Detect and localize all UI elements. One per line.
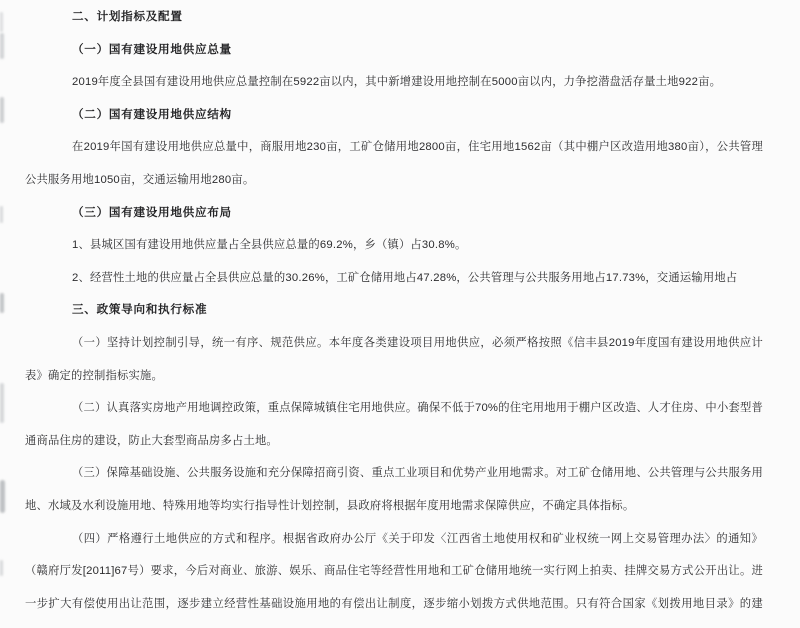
document-body: 二、计划指标及配置 （一）国有建设用地供应总量 2019年度全县国有建设用地供应… xyxy=(0,0,800,620)
para-policy3-line1: （三）保障基础设施、公共服务设施和充分保障招商引资、重点工业项目和优势产业用地需… xyxy=(25,457,763,490)
subheading-supply-structure: （二）国有建设用地供应结构 xyxy=(25,99,763,132)
para-policy1-line1: （一）坚持计划控制引导，统一有序、规范供应。本年度各类建设项目用地供应，必须严格… xyxy=(25,327,763,360)
para-supply-structure-line2: 公共服务用地1050亩，交通运输用地280亩。 xyxy=(25,164,763,197)
para-policy2-line2: 通商品住房的建设，防止大套型商品房多占土地。 xyxy=(25,425,763,458)
para-layout-item1: 1、县城区国有建设用地供应量占全县供应总量的69.2%，乡（镇）占30.8%。 xyxy=(25,229,763,262)
subheading-supply-total: （一）国有建设用地供应总量 xyxy=(25,34,763,67)
para-supply-total: 2019年度全县国有建设用地供应总量控制在5922亩以内，其中新增建设用地控制在… xyxy=(25,66,763,99)
para-policy1-line2: 表》确定的控制指标实施。 xyxy=(25,360,763,393)
subheading-supply-layout: （三）国有建设用地供应布局 xyxy=(25,197,763,230)
para-policy4-line3: 一步扩大有偿使用出让范围，逐步建立经营性基础设施用地的有偿出让制度，逐步缩小划拨… xyxy=(25,588,763,621)
para-policy3-line2: 地、水域及水利设施用地、特殊用地等均实行指导性计划控制，县政府将根据年度用地需求… xyxy=(25,490,763,523)
para-supply-structure-line1: 在2019年国有建设用地供应总量中，商服用地230亩，工矿仓储用地2800亩，住… xyxy=(25,131,763,164)
section-heading-plan-indicators: 二、计划指标及配置 xyxy=(25,1,763,34)
para-policy2-line1: （二）认真落实房地产用地调控政策，重点保障城镇住宅用地供应。确保不低于70%的住… xyxy=(25,392,763,425)
para-layout-item2: 2、经营性土地的供应量占全县供应总量的30.26%，工矿仓储用地占47.28%，… xyxy=(25,262,763,295)
section-heading-policy-standards: 三、政策导向和执行标准 xyxy=(25,294,763,327)
para-policy4-line2: （赣府厅发[2011]67号）要求，今后对商业、旅游、娱乐、商品住宅等经营性用地… xyxy=(25,555,763,588)
para-policy4-line1: （四）严格遵行土地供应的方式和程序。根据省政府办公厅《关于印发〈江西省土地使用权… xyxy=(25,523,763,556)
